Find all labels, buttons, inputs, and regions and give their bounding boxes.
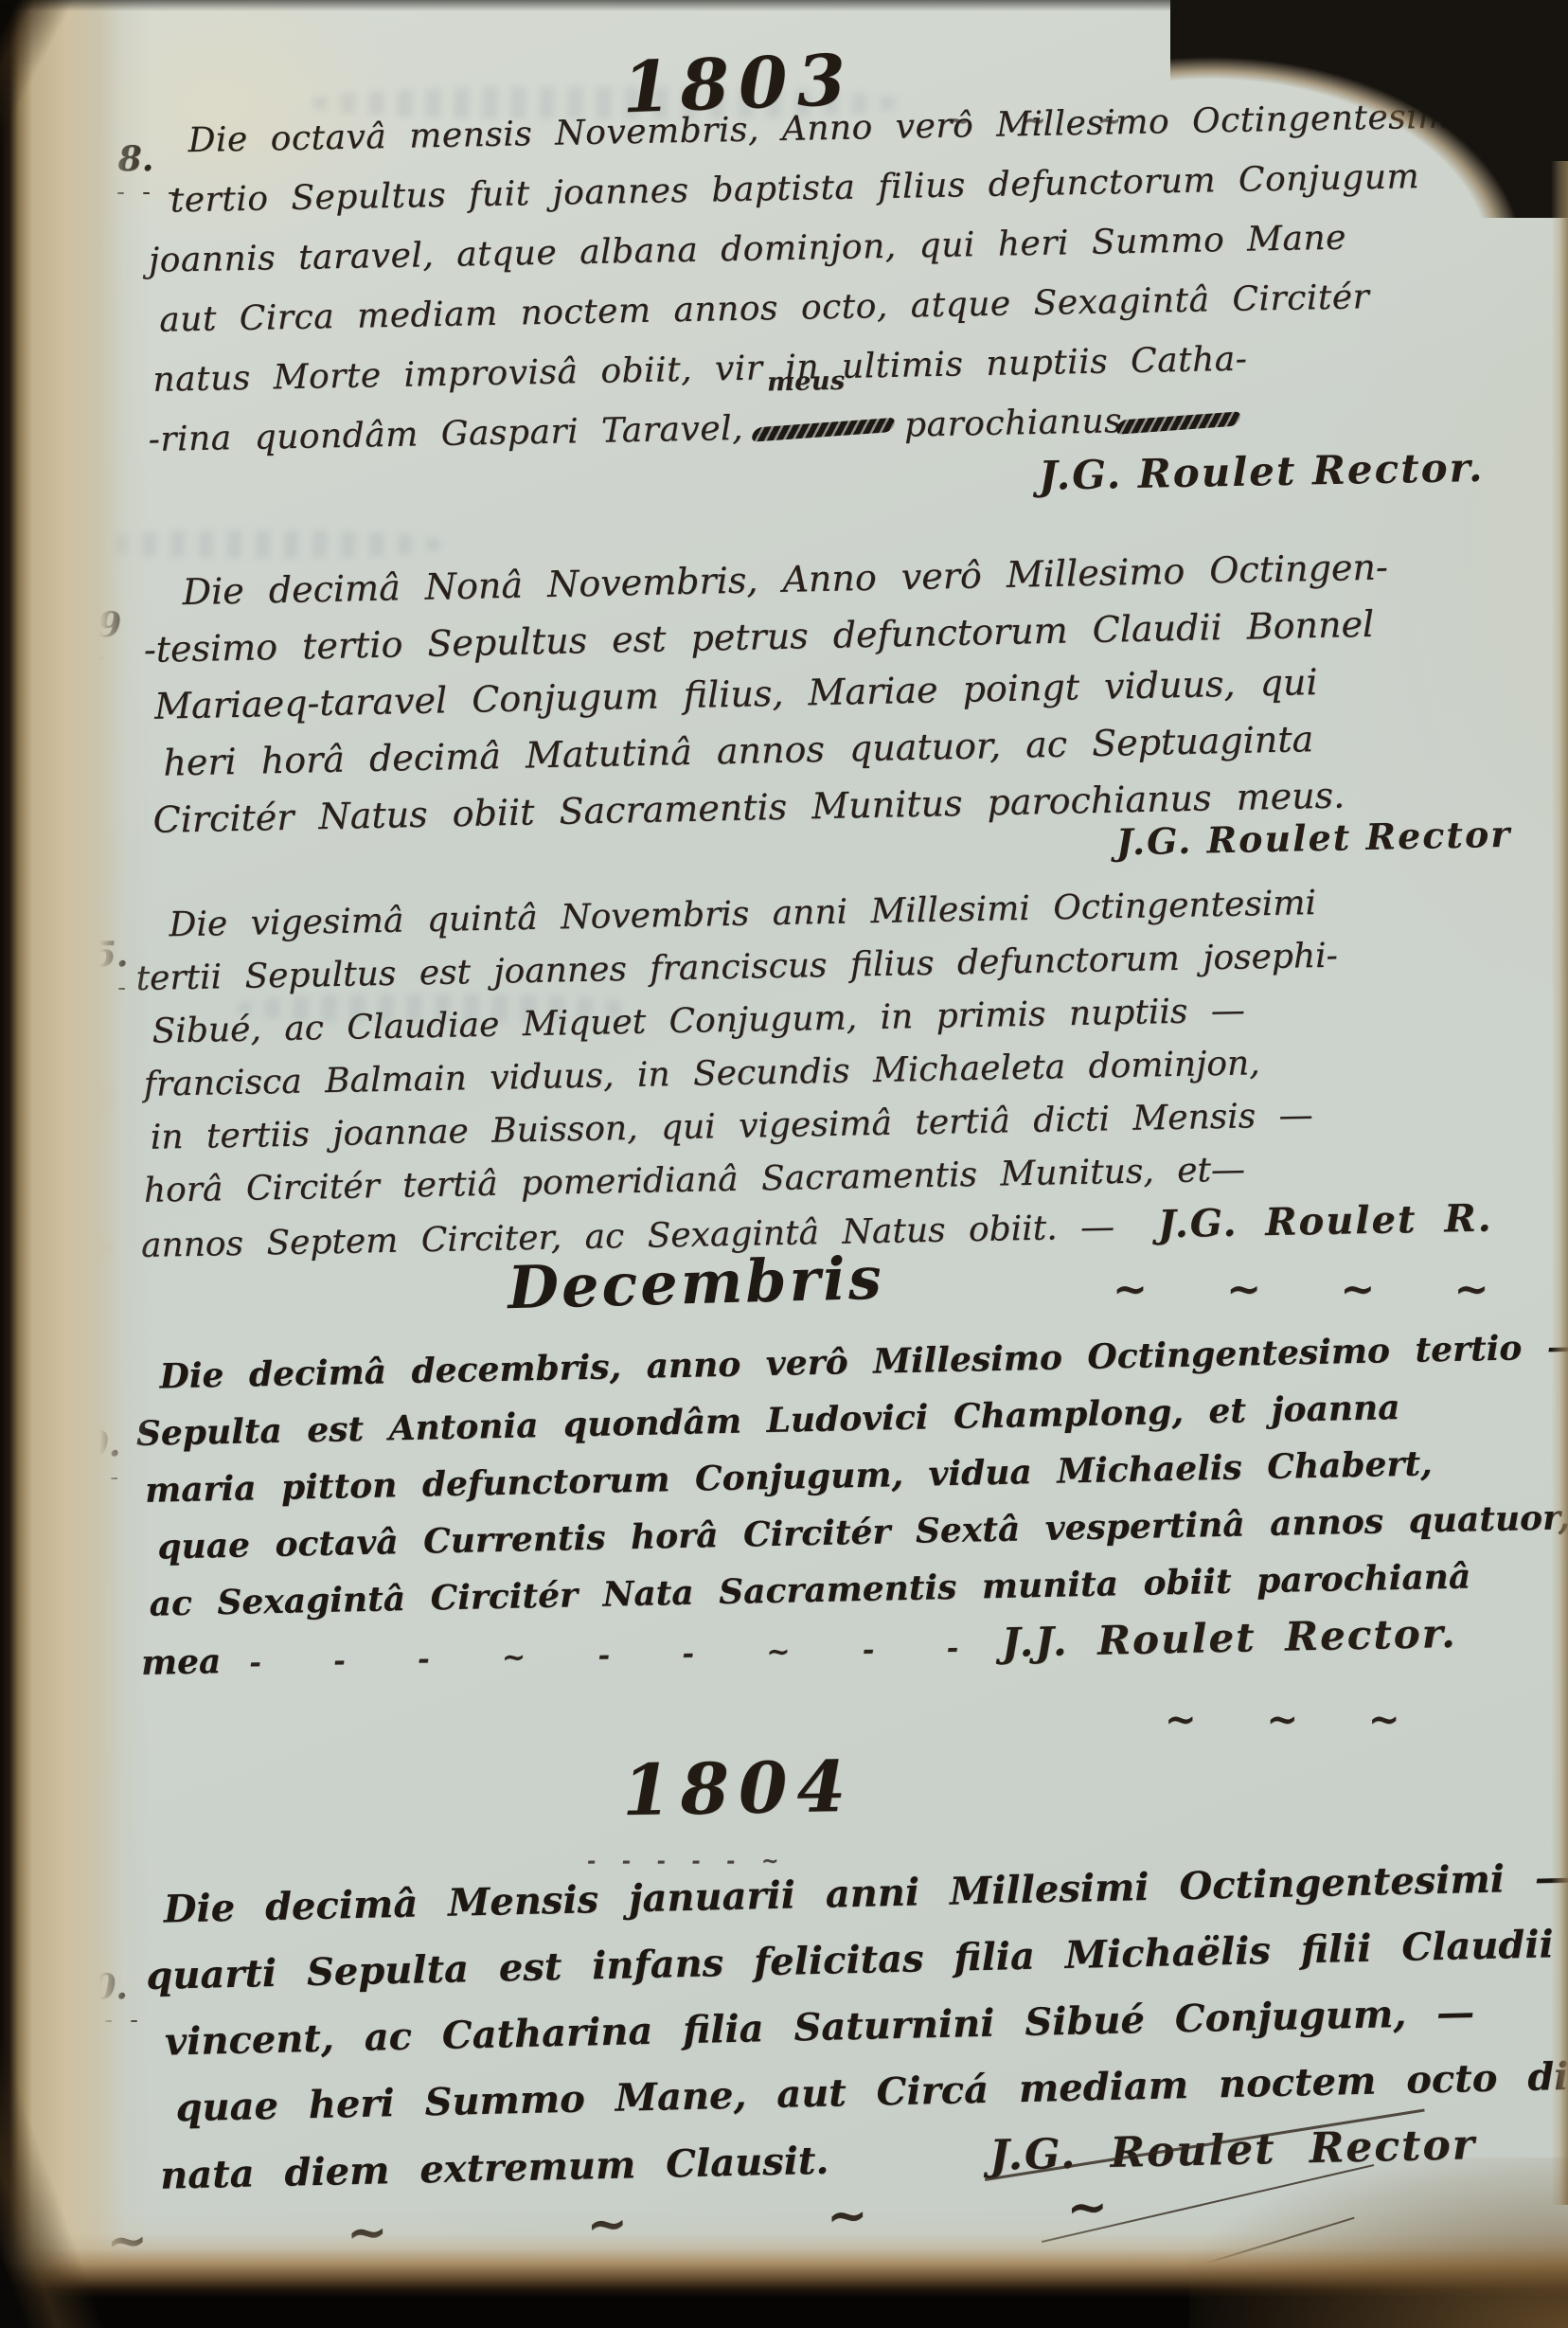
entry-line-text: mea xyxy=(140,1633,222,1692)
flourish-wave: ~ ~ ~ ~ xyxy=(1113,1265,1521,1314)
margin-dashes: - - - xyxy=(66,974,131,1002)
margin-entry-number: 19 ~ xyxy=(74,606,121,672)
strikethrough-scribble xyxy=(1114,411,1241,435)
burial-entry-nov-8: Die octavâ mensis Novembris, Anno verô M… xyxy=(142,84,1568,516)
inserted-word-wrap: meus xyxy=(752,396,895,458)
margin-entry-number: 25. - - - xyxy=(66,936,131,1002)
inserted-word: meus xyxy=(767,368,846,396)
burial-entry-jan-10: Die decimâ Mensis januarii anni Millesim… xyxy=(144,1845,1568,2210)
margin-dashes: - - - xyxy=(59,1463,123,1492)
margin-dashes: - - - - xyxy=(53,2006,143,2034)
burial-entry-nov-25: Die vigesimâ quintâ Novembris anni Mille… xyxy=(134,872,1568,1273)
scanned-parish-register-page: 1803 ~ ~ ~ 8. - - - - Die octavâ mensis … xyxy=(0,0,1568,2328)
burial-entry-dec-10: Die decimâ decembris, anno verô Millesim… xyxy=(134,1318,1568,1694)
rector-signature: J.G. Roulet Rector xyxy=(1115,813,1511,864)
margin-entry-number: 10. - - - xyxy=(59,1425,123,1492)
entry-number: 19 xyxy=(74,606,121,644)
rector-signature: J.G. Roulet Rector. xyxy=(1039,444,1485,499)
strikethrough-scribble xyxy=(750,417,897,441)
margin-entry-number: 10. - - - - xyxy=(53,1968,143,2034)
entry-line-text: parochianus xyxy=(904,402,1123,444)
rector-signature: J.G. Roulet Rector xyxy=(989,2112,1476,2190)
entry-number: 10. xyxy=(53,1968,143,2006)
entry-number: 10. xyxy=(59,1425,123,1463)
burial-entry-nov-19: Die decimâ Nonâ Novembris, Anno verô Mil… xyxy=(142,535,1568,884)
entry-line-text: -rina quondâm Gaspari Taravel, xyxy=(148,409,743,459)
entry-number: 25. xyxy=(66,936,131,974)
rector-signature: J.J. Roulet Rector. xyxy=(1001,1605,1457,1672)
flourish-wave: ~ ~ ~ xyxy=(1165,1697,1428,1742)
margin-dashes: ~ xyxy=(74,644,121,672)
